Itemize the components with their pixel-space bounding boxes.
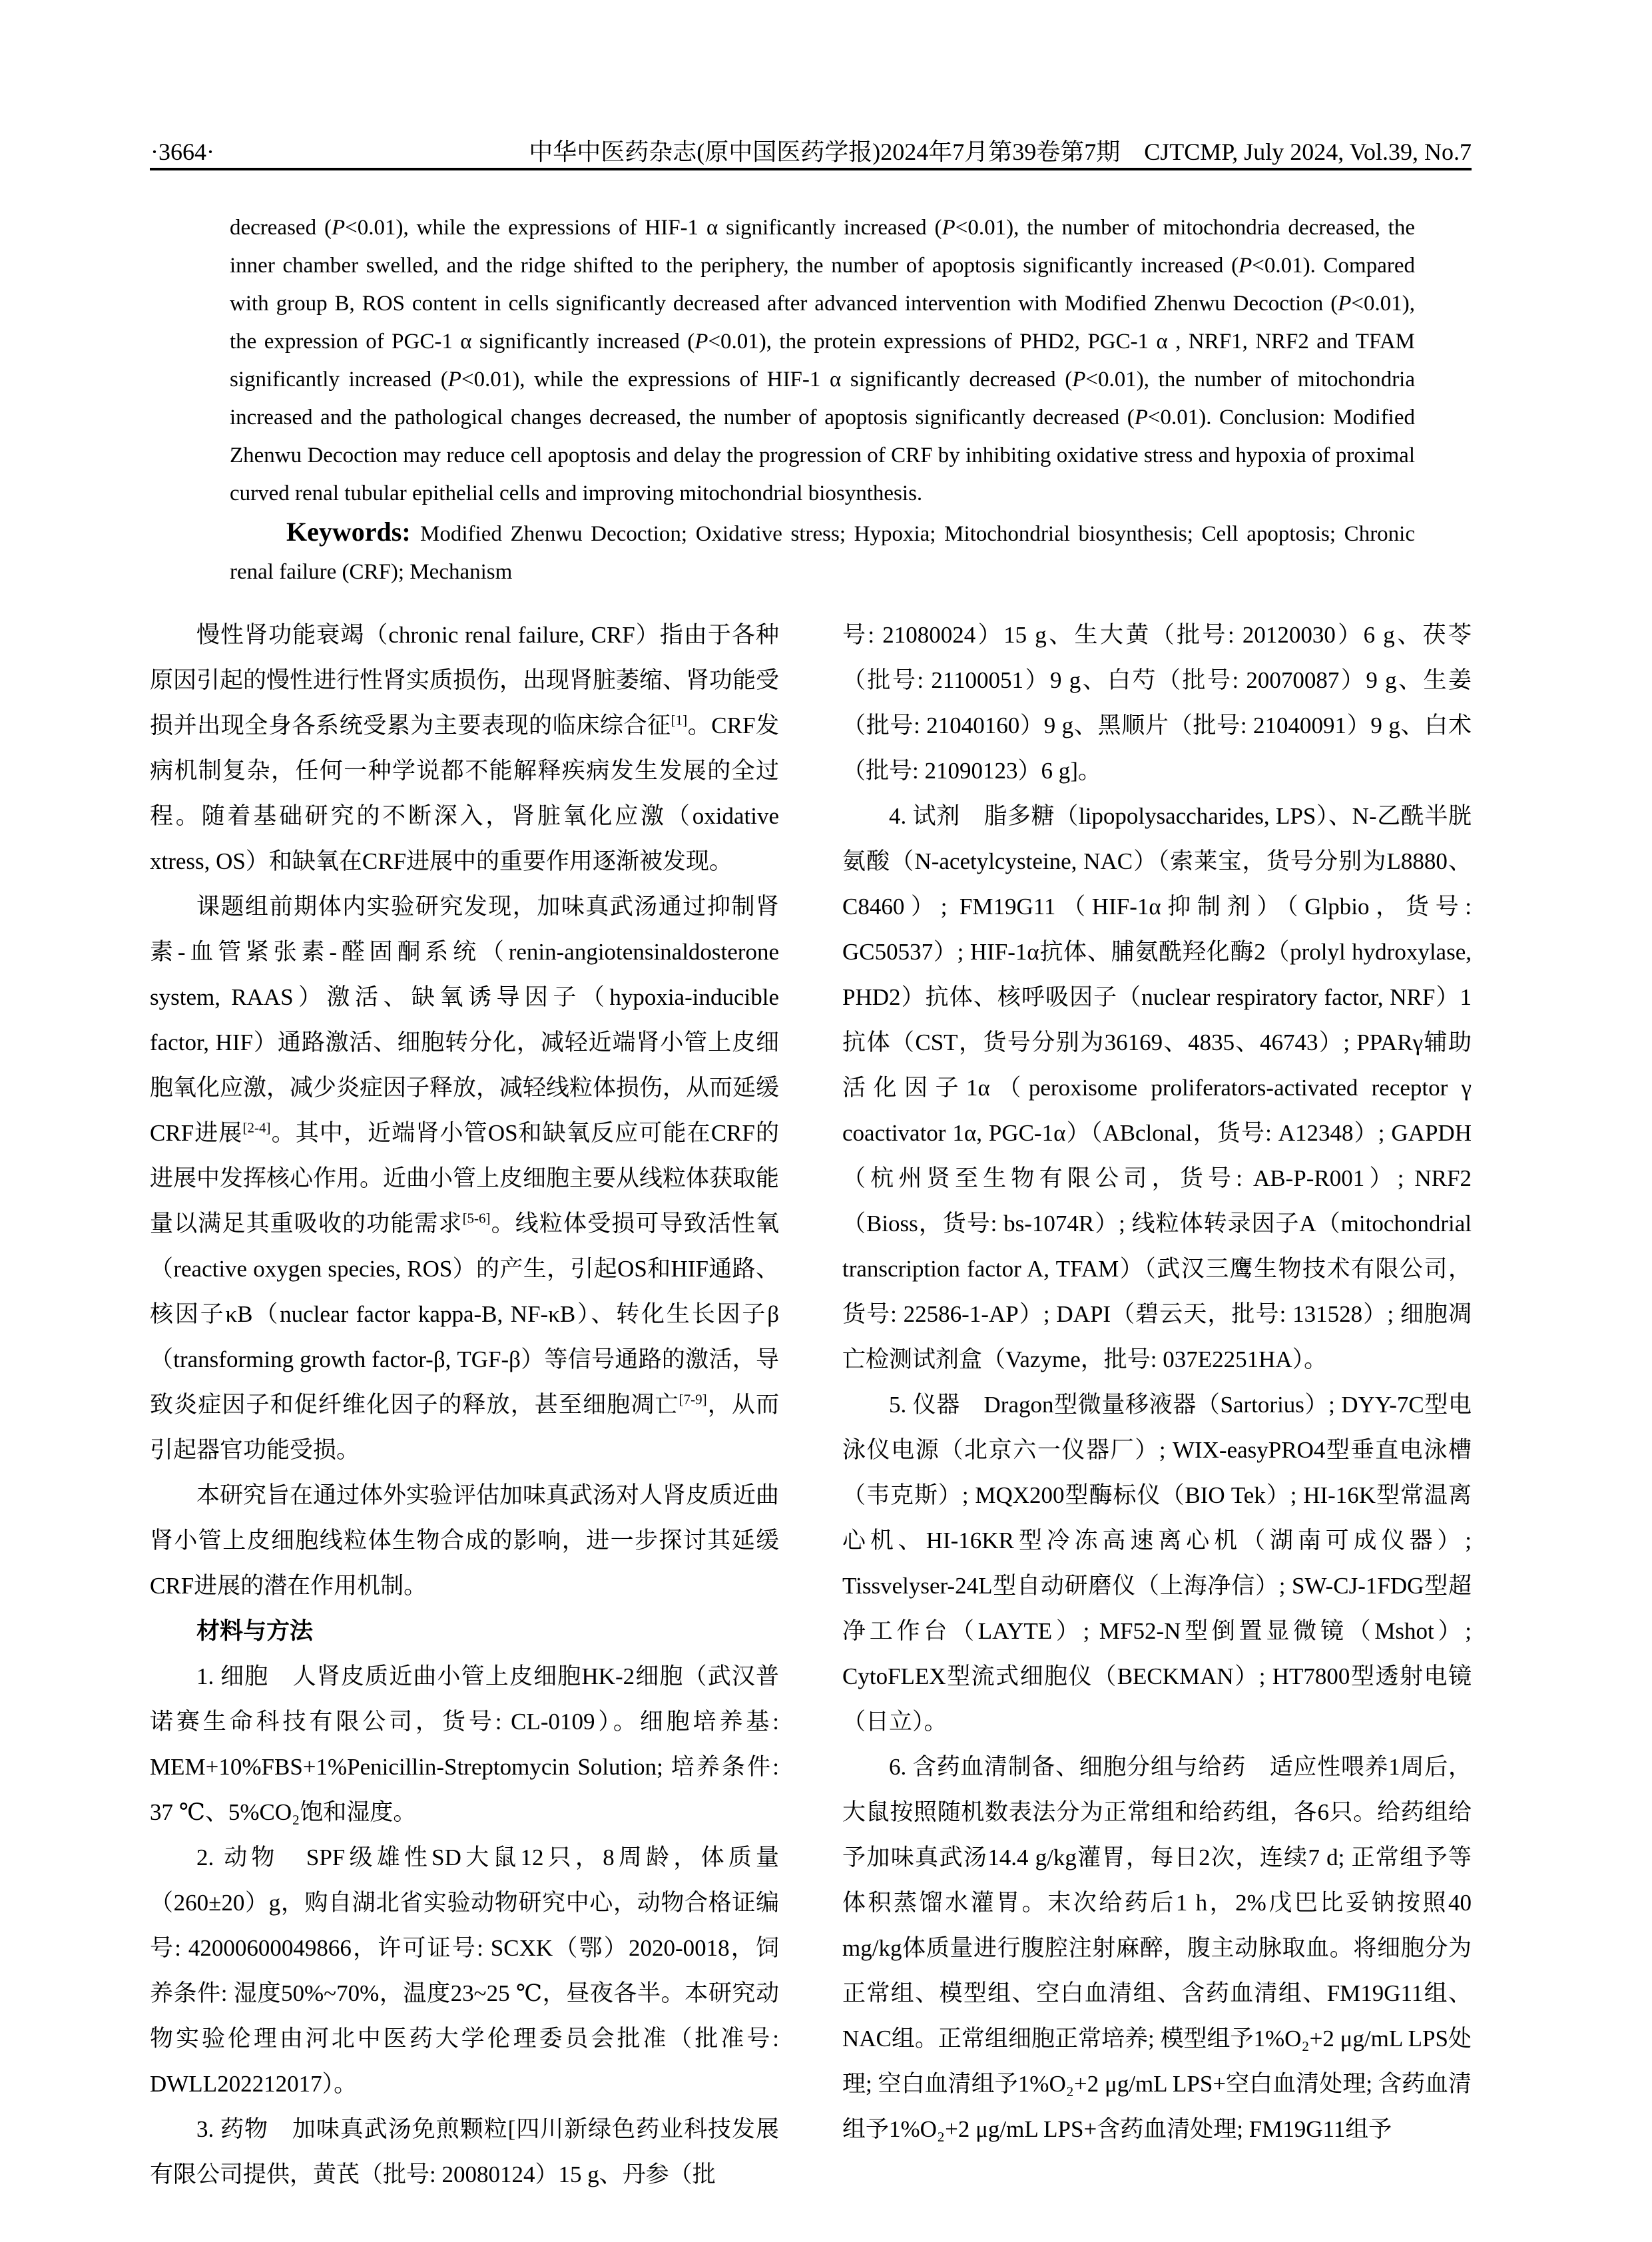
- text-run: 。线粒体受损可导致活性氧（reactive oxygen species, RO…: [150, 1211, 779, 1418]
- text-run: P: [1072, 368, 1085, 392]
- text-run: P: [1338, 292, 1351, 316]
- text-run: 号: 21080024）15 g、生大黄（批号: 20120030）6 g、茯苓…: [842, 622, 1472, 784]
- text-run: <0.01), while the expressions of HIF-1 α…: [345, 216, 942, 240]
- reference-superscript: [1]: [671, 712, 688, 728]
- text-run: 4. 试剂 脂多糖（lipopolysaccharides, LPS）、N-乙酰…: [842, 803, 1472, 1372]
- text-run: 课题组前期体内实验研究发现，加味真武汤通过抑制肾素-血管紧张素-醛固酮系统（re…: [150, 894, 779, 1146]
- text-run: 材料与方法: [196, 1618, 313, 1644]
- text-run: P: [1239, 254, 1252, 278]
- text-run: Keywords:: [286, 517, 420, 547]
- para-crf-intro: 慢性肾功能衰竭（chronic renal failure, CRF）指由于各种…: [150, 613, 779, 884]
- text-run: P: [448, 368, 461, 392]
- para-3-drugs-continued: 号: 21080024）15 g、生大黄（批号: 20120030）6 g、茯苓…: [842, 613, 1472, 794]
- reference-superscript: [7-9]: [679, 1391, 707, 1407]
- para-3-drugs: 3. 药物 加味真武汤免煎颗粒[四川新绿色药业科技发展有限公司提供，黄芪（批号:…: [150, 2107, 779, 2197]
- text-run: 2. 动物 SPF级雄性SD大鼠12只，8周龄，体质量（260±20）g，购自湖…: [150, 1844, 779, 2097]
- body-column-left: 慢性肾功能衰竭（chronic renal failure, CRF）指由于各种…: [150, 613, 779, 2197]
- text-run: P: [942, 216, 956, 240]
- text-run: 6. 含药血清制备、细胞分组与给药 适应性喂养1周后，大鼠按照随机数表法分为正常…: [842, 1754, 1472, 2142]
- text-run: P: [694, 330, 708, 354]
- text-run: 1. 细胞 人肾皮质近曲小管上皮细胞HK-2细胞（武汉普诺赛生命科技有限公司，货…: [150, 1663, 779, 1825]
- page-number: ·3664·: [150, 137, 214, 166]
- keywords-line: Keywords: Modified Zhenwu Decoction; Oxi…: [230, 513, 1415, 591]
- journal-header-line: 中华中医药杂志(原中国医药学报)2024年7月第39卷第7期 CJTCMP, J…: [529, 137, 1472, 166]
- para-study-aim: 本研究旨在通过体外实验评估加味真武汤对人肾皮质近曲肾小管上皮细胞线粒体生物合成的…: [150, 1473, 779, 1609]
- para-6-serum-grouping: 6. 含药血清制备、细胞分组与给药 适应性喂养1周后，大鼠按照随机数表法分为正常…: [842, 1745, 1472, 2152]
- text-run: <0.01), while the expressions of HIF-1 α…: [461, 368, 1072, 392]
- para-previous-research: 课题组前期体内实验研究发现，加味真武汤通过抑制肾素-血管紧张素-醛固酮系统（re…: [150, 884, 779, 1473]
- text-run: 本研究旨在通过体外实验评估加味真武汤对人肾皮质近曲肾小管上皮细胞线粒体生物合成的…: [150, 1482, 779, 1599]
- text-run: 3. 药物 加味真武汤免煎颗粒[四川新绿色药业科技发展有限公司提供，黄芪（批号:…: [150, 2116, 779, 2187]
- heading-materials-methods: 材料与方法: [150, 1609, 779, 1654]
- header-rule: [150, 168, 1472, 170]
- text-run: decreased (: [230, 216, 332, 240]
- text-run: P: [332, 216, 345, 240]
- abstract-continuation: decreased (P<0.01), while the expression…: [230, 209, 1415, 513]
- para-4-reagents: 4. 试剂 脂多糖（lipopolysaccharides, LPS）、N-乙酰…: [842, 794, 1472, 1382]
- para-5-instruments: 5. 仪器 Dragon型微量移液器（Sartorius）; DYY-7C型电泳…: [842, 1382, 1472, 1745]
- journal-page: ·3664· 中华中医药杂志(原中国医药学报)2024年7月第39卷第7期 CJ…: [0, 0, 1652, 2242]
- text-run: 5. 仪器 Dragon型微量移液器（Sartorius）; DYY-7C型电泳…: [842, 1392, 1472, 1735]
- body-column-right: 号: 21080024）15 g、生大黄（批号: 20120030）6 g、茯苓…: [842, 613, 1472, 2152]
- para-2-animals: 2. 动物 SPF级雄性SD大鼠12只，8周龄，体质量（260±20）g，购自湖…: [150, 1835, 779, 2107]
- reference-superscript: [2-4]: [243, 1119, 271, 1135]
- para-1-cells: 1. 细胞 人肾皮质近曲小管上皮细胞HK-2细胞（武汉普诺赛生命科技有限公司，货…: [150, 1654, 779, 1835]
- text-run: P: [1135, 406, 1148, 429]
- reference-superscript: [5-6]: [463, 1210, 491, 1226]
